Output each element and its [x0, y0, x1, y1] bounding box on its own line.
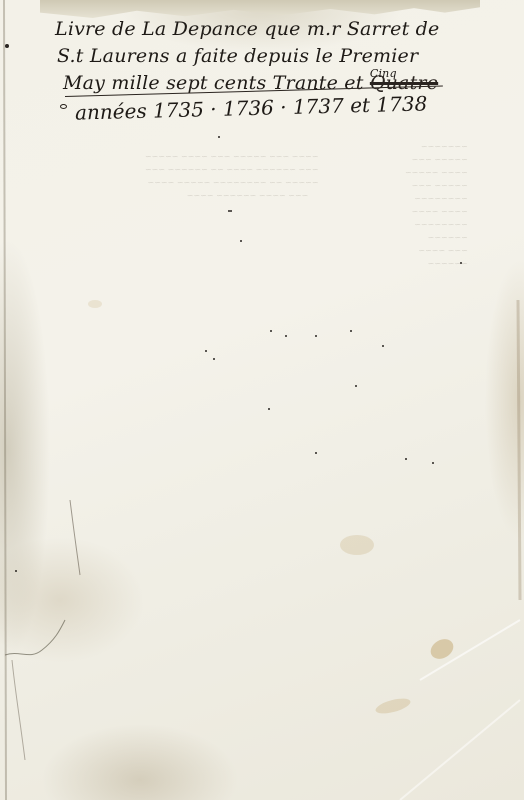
ink-speck	[213, 358, 215, 360]
ink-speck	[405, 458, 407, 460]
ink-speck	[205, 350, 207, 352]
ink-speck	[285, 335, 287, 337]
ledger-title: Livre de La Depance que m.r Sarret de S.…	[55, 16, 475, 97]
ink-speck	[230, 210, 232, 212]
bleed-through-margin: ~~~~~~~ ~~~~~ ~~~ ~~~~ ~~~~~ ~~~~~ ~~~ ~…	[405, 140, 468, 270]
title-line-1: Livre de La Depance que m.r Sarret de	[55, 16, 475, 43]
manuscript-page: ~~~~ ~~~ ~~~~~ ~~~ ~~~~ ~~~~~ ~~~ ~~~~~~…	[0, 0, 524, 800]
ink-speck	[460, 262, 462, 264]
ink-speck	[5, 44, 9, 48]
inserted-word: Cinq	[370, 60, 397, 87]
ink-speck	[315, 452, 317, 454]
ink-speck	[382, 345, 384, 347]
ink-speck	[315, 335, 317, 337]
ink-speck	[268, 408, 270, 410]
ink-speck	[432, 462, 434, 464]
stain	[88, 300, 102, 308]
ink-speck	[270, 330, 272, 332]
title-line-2: S.t Laurens a faite depuis le Premier	[57, 43, 475, 70]
bleed-through-text: ~~~~ ~~~ ~~~~~ ~~~ ~~~~ ~~~~~ ~~~ ~~~~~~…	[145, 150, 319, 202]
ink-speck	[355, 385, 357, 387]
stain	[427, 635, 457, 663]
ink-speck	[350, 330, 352, 332]
stain	[374, 696, 412, 717]
ink-speck	[240, 240, 242, 242]
ink-speck	[218, 136, 220, 138]
ink-speck	[15, 570, 17, 572]
rule-flourish	[60, 104, 67, 109]
stain	[340, 535, 374, 555]
